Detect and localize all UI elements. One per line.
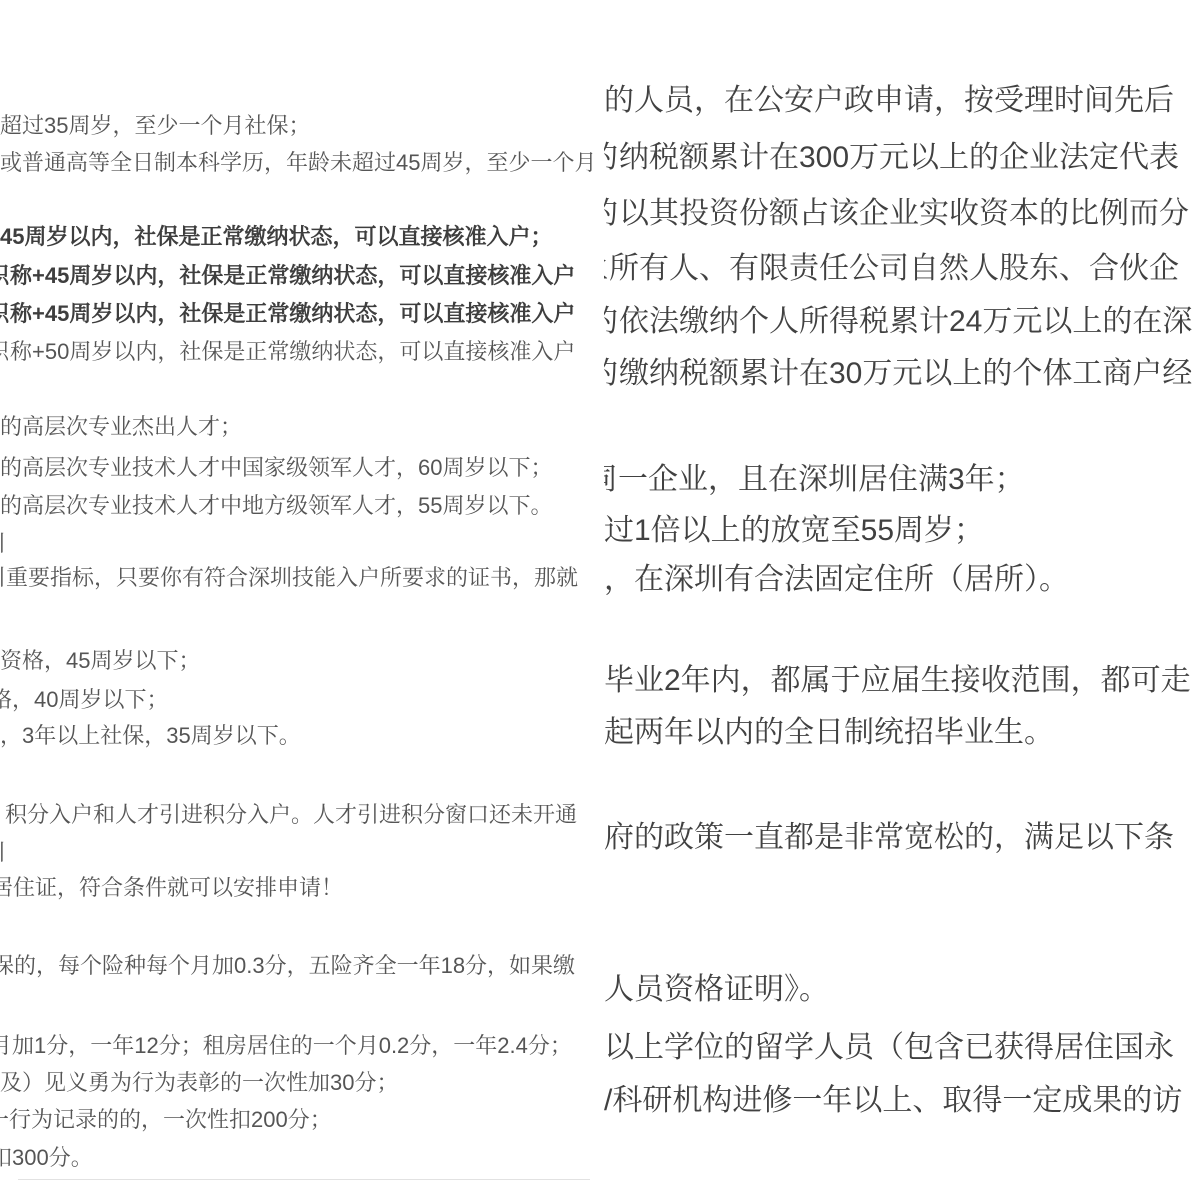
cut-character-fragment: 格 (0, 687, 12, 713)
cut-character-fragment: 的 (604, 304, 619, 339)
text-line: 起两年以内的全日制统招毕业生。 (604, 715, 1054, 750)
cut-character-fragment: 的 (604, 196, 619, 231)
cut-character-fragment: 职 (0, 301, 10, 327)
text-line: 府的政策一直都是非常宽松的，满足以下条 (604, 820, 1174, 855)
cut-character-fragment: 居 (0, 875, 13, 901)
cut-character-fragment: 月 (0, 1033, 12, 1059)
text-line: 格，40周岁以下； (0, 687, 168, 713)
text-line: 人员资格证明》。 (604, 972, 829, 1007)
text-line: 的高层次专业杰出人才； (0, 414, 242, 440)
page: { "styles": { "background": "#ffffff", "… (0, 0, 1200, 1200)
text-line: 以上学位的留学人员（包含已获得居住国永 (604, 1030, 1174, 1065)
text-line: 业所有人、有限责任公司自然人股东、合伙企 (604, 251, 1179, 286)
text-line: 扣300分。 (0, 1145, 93, 1171)
text-line: 丨 (0, 531, 6, 557)
text-line: 职称+50周岁以内，社保是正常缴纳状态，可以直接核准入户 (0, 339, 575, 365)
text-line: 职称+45周岁以内，社保是正常缴纳状态，可以直接核准入户 (0, 301, 575, 327)
text-line: ，3年以上社保，35周岁以下。 (0, 723, 301, 749)
text-line: 一行为记录的的，一次性扣200分； (0, 1107, 332, 1133)
text-line: 过1倍以上的放宽至55周岁； (604, 513, 984, 548)
cut-character-fragment: 一 (0, 1107, 9, 1133)
text-line: 职称+45周岁以内，社保是正常缴纳状态，可以直接核准入户 (0, 263, 575, 289)
text-line: 资格，45周岁以下； (0, 648, 200, 674)
text-line: ； (0, 376, 5, 402)
cut-character-fragment: 职 (0, 263, 10, 289)
text-line: 月加1分，一年12分；租房居住的一个月0.2分，一年2.4分； (0, 1033, 572, 1059)
cut-character-fragment: 同 (604, 462, 618, 497)
cut-character-fragment: 的 (604, 140, 619, 175)
text-line: 的高层次专业技术人才中地方级领军人才，55周岁以下。 (0, 493, 552, 519)
text-line: 的高层次专业技术人才中国家级领军人才，60周岁以下； (0, 455, 552, 481)
cut-character-fragment: ； (0, 376, 5, 402)
text-line: 45周岁以内，社保是正常缴纳状态，可以直接核准入户； (0, 224, 552, 250)
cut-character-fragment: 保 (0, 953, 14, 979)
text-line: 丨重要指标，只要你有符合深圳技能入户所要求的证书，那就 (0, 565, 578, 591)
text-line: 或普通高等全日制本科学历，年龄未超过45周岁，至少一个月 (0, 150, 594, 176)
text-line: 超过35周岁，至少一个月社保； (0, 113, 310, 139)
cut-character-fragment: 扣 (0, 1145, 12, 1171)
text-line: 同一企业，且在深圳居住满3年； (604, 462, 1025, 497)
text-line: 的人员，在公安户政申请，按受理时间先后 (604, 83, 1174, 118)
left-column: 超过35周岁，至少一个月社保； 或普通高等全日制本科学历，年龄未超过45周岁，至… (0, 0, 594, 1200)
text-line: /科研机构进修一年以上、取得一定成果的访 (604, 1083, 1182, 1118)
text-line: ：积分入户和人才引进积分入户。人才引进积分窗口还未开通 (0, 802, 577, 828)
text-line: 毕业2年内，都属于应届生接收范围，都可走 (604, 663, 1191, 698)
cut-character-fragment: 的 (604, 356, 619, 391)
text-line: 及）见义勇为行为表彰的一次性加30分； (0, 1070, 398, 1096)
text-line: 的依法缴纳个人所得税累计24万元以上的在深 (604, 304, 1192, 339)
text-line: 居住证，符合条件就可以安排申请！ (0, 875, 343, 901)
text-line: ，在深圳有合法固定住所（居所）。 (604, 562, 1069, 597)
text-line: 的纳税额累计在300万元以上的企业法定代表 (604, 140, 1179, 175)
cut-character-fragment: 职 (0, 339, 10, 365)
text-line: 保的，每个险种每个月加0.3分，五险齐全一年18分，如果缴 (0, 953, 575, 979)
text-line: 的以其投资份额占该企业实收资本的比例而分 (604, 196, 1189, 231)
cut-character-fragment: 丨 (0, 531, 6, 557)
text-line: 的缴纳税额累计在30万元以上的个体工商户经 (604, 356, 1192, 391)
horizontal-divider (18, 1179, 590, 1180)
right-column: 的人员，在公安户政申请，按受理时间先后 的纳税额累计在300万元以上的企业法定代… (604, 0, 1200, 1200)
text-line: 丨 (0, 840, 6, 866)
cut-character-fragment: 丨 (0, 840, 6, 866)
